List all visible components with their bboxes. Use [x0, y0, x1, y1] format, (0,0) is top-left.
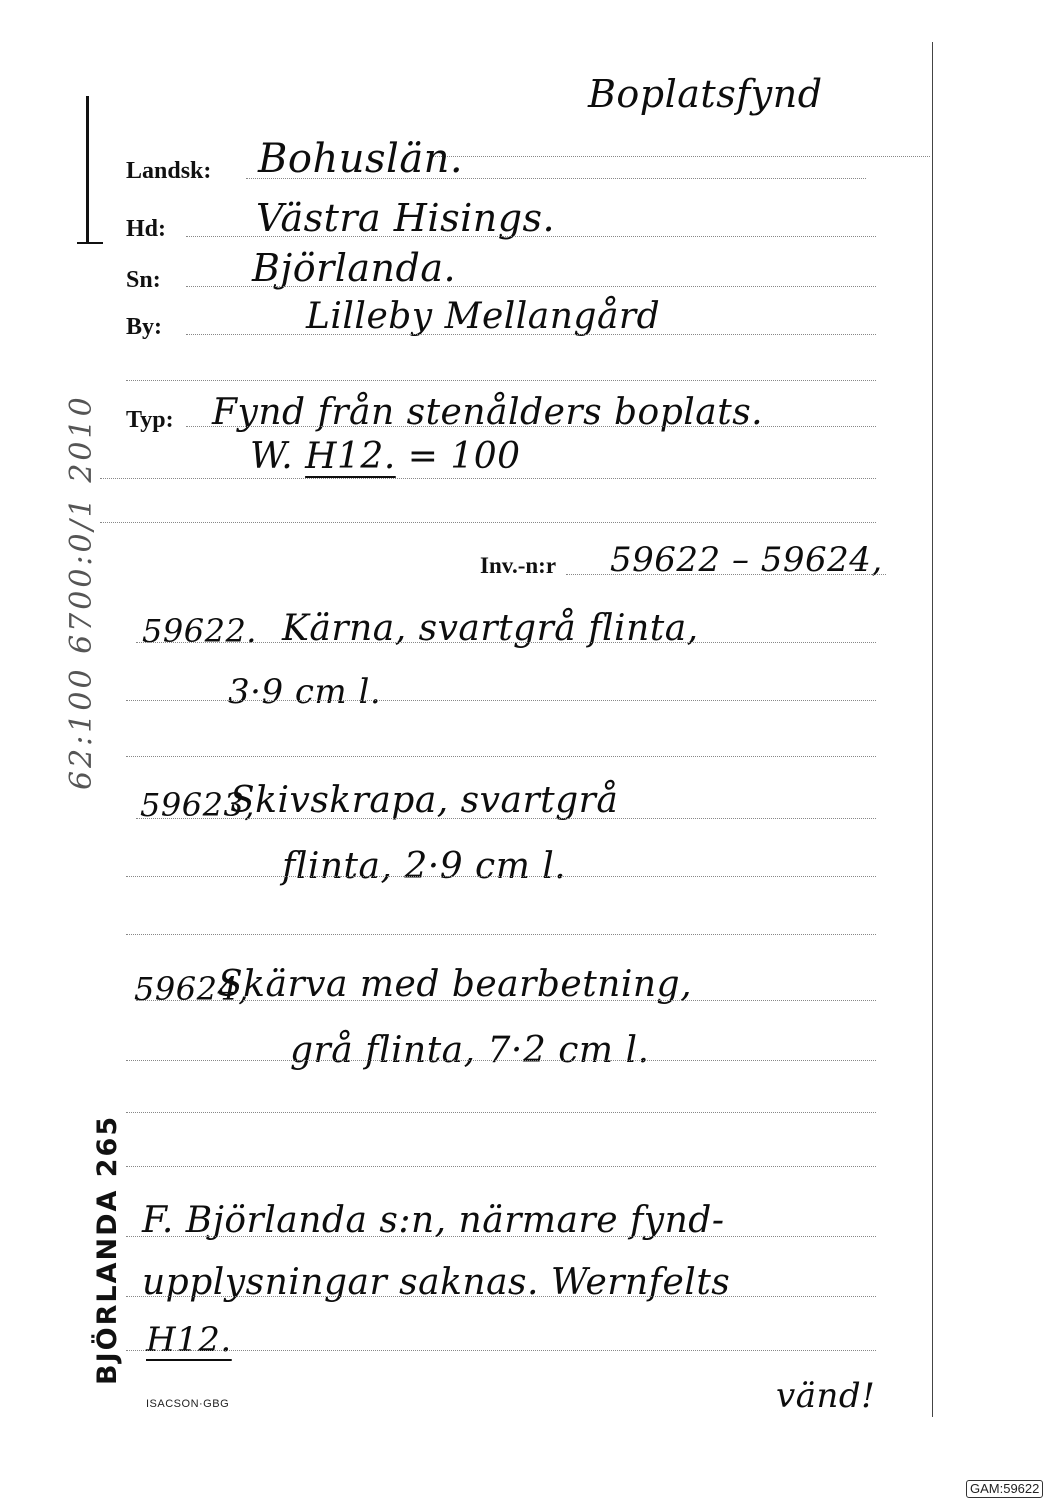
entry-measurement: flinta, 2·9 cm l. — [282, 846, 566, 887]
rule-line — [100, 522, 876, 523]
rule-line — [136, 1000, 876, 1001]
sn-label: Sn: — [126, 267, 161, 294]
entry-number: 59622. — [142, 612, 257, 650]
rule-line — [126, 1060, 876, 1061]
margin-bracket — [86, 96, 95, 244]
rule-line — [100, 478, 876, 479]
rule-line — [126, 1296, 876, 1297]
parish-stamp: BJÖRLANDA 265 — [92, 1115, 123, 1385]
entry-measurement: grå flinta, 7·2 cm l. — [290, 1030, 649, 1071]
rule-line — [430, 156, 930, 157]
rule-line — [126, 1166, 876, 1167]
turn-over-note: vänd! — [776, 1376, 875, 1416]
rule-line — [186, 334, 876, 335]
inventory-label: Inv.-n:r — [480, 553, 556, 579]
by-label: By: — [126, 314, 162, 341]
rule-line — [136, 818, 876, 819]
rule-line — [136, 642, 876, 643]
rule-line — [126, 700, 876, 701]
rule-line — [186, 286, 876, 287]
wernfelt-reference: H12. — [305, 436, 396, 477]
wernfelt-prefix: W. — [250, 436, 293, 477]
rule-line — [186, 426, 876, 427]
category-heading: Boplatsfynd — [588, 72, 823, 116]
sn-value: Björlanda. — [252, 246, 456, 290]
note-reference: H12. — [146, 1320, 232, 1360]
right-margin-rule — [932, 42, 933, 1417]
by-value: Lilleby Mellangård — [306, 296, 660, 337]
margin-pencil-note: 62:100 6700:0/1 2010 — [64, 394, 99, 790]
rule-line — [126, 1350, 876, 1351]
catalog-card: Boplatsfynd Landsk: Bohuslän. Hd: Västra… — [0, 0, 1057, 1500]
rule-line — [126, 934, 876, 935]
landsk-label: Landsk: — [126, 158, 211, 185]
entry-description: Skivskrapa, svartgrå — [230, 780, 618, 821]
typ-label: Typ: — [126, 407, 174, 434]
hd-value: Västra Hisings. — [256, 196, 555, 240]
entry-measurement: 3·9 cm l. — [228, 672, 381, 712]
rule-line — [566, 574, 886, 575]
landsk-value: Bohuslän. — [258, 136, 463, 182]
entry-description: Skärva med bearbetning, — [218, 964, 692, 1005]
rule-line — [126, 756, 876, 757]
typ-value-line2: W. H12. = 100 — [250, 436, 521, 477]
rule-line — [126, 380, 876, 381]
printer-imprint: ISACSON·GBG — [146, 1398, 229, 1410]
margin-bracket-foot — [77, 242, 103, 244]
note-line: F. Björlanda s:n, närmare fynd- — [142, 1200, 725, 1241]
wernfelt-count: = 100 — [408, 436, 521, 477]
rule-line — [186, 236, 876, 237]
rule-line — [246, 178, 866, 179]
rule-line — [126, 876, 876, 877]
archive-id-badge: GAM:59622 — [966, 1480, 1043, 1498]
rule-line — [126, 1112, 876, 1113]
rule-line — [126, 1236, 876, 1237]
hd-label: Hd: — [126, 216, 166, 243]
